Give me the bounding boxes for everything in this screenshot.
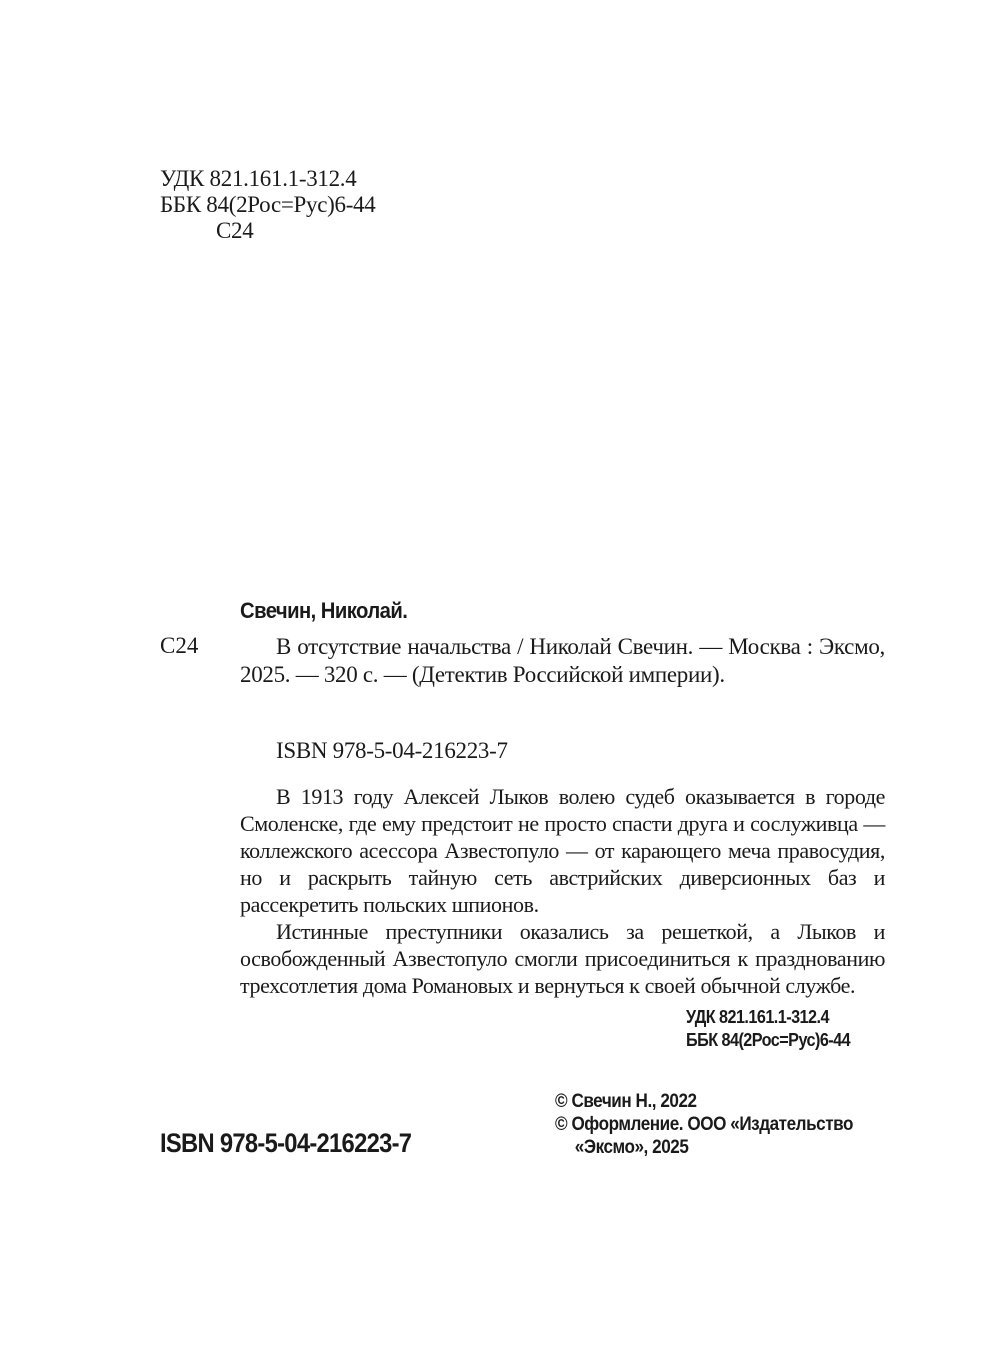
annotation-paragraph: В 1913 году Алексей Лыков волею судеб ок… xyxy=(240,783,885,918)
bottom-classification-codes: УДК 821.161.1-312.4 ББК 84(2Рос=Рус)6-44 xyxy=(686,1006,850,1052)
isbn-record: ISBN 978-5-04-216223-7 xyxy=(276,738,508,764)
author-heading: Свечин, Николай. xyxy=(240,598,407,624)
annotation-paragraph: Истинные преступники оказались за решетк… xyxy=(240,918,885,999)
copyright-design: © Оформление. ООО «Издательство xyxy=(555,1113,853,1136)
bibliographic-description: В отсутствие начальства / Николай Свечин… xyxy=(240,633,885,689)
udk-code-bottom: УДК 821.161.1-312.4 xyxy=(686,1006,850,1029)
annotation: В 1913 году Алексей Лыков волею судеб ок… xyxy=(240,783,885,999)
bbk-code-bottom: ББК 84(2Рос=Рус)6-44 xyxy=(686,1029,850,1052)
copyright-block: © Свечин Н., 2022 © Оформление. ООО «Изд… xyxy=(555,1090,853,1159)
udk-code: УДК 821.161.1-312.4 xyxy=(160,166,375,192)
bbk-code: ББК 84(2Рос=Рус)6-44 xyxy=(160,192,375,218)
author-sign: С24 xyxy=(160,218,375,244)
isbn-main: ISBN 978-5-04-216223-7 xyxy=(160,1128,411,1159)
top-classification-codes: УДК 821.161.1-312.4 ББК 84(2Рос=Рус)6-44… xyxy=(160,166,375,244)
author-sign-record: С24 xyxy=(160,633,198,659)
copyright-author: © Свечин Н., 2022 xyxy=(555,1090,853,1113)
copyright-publisher: «Эксмо», 2025 xyxy=(555,1136,853,1159)
